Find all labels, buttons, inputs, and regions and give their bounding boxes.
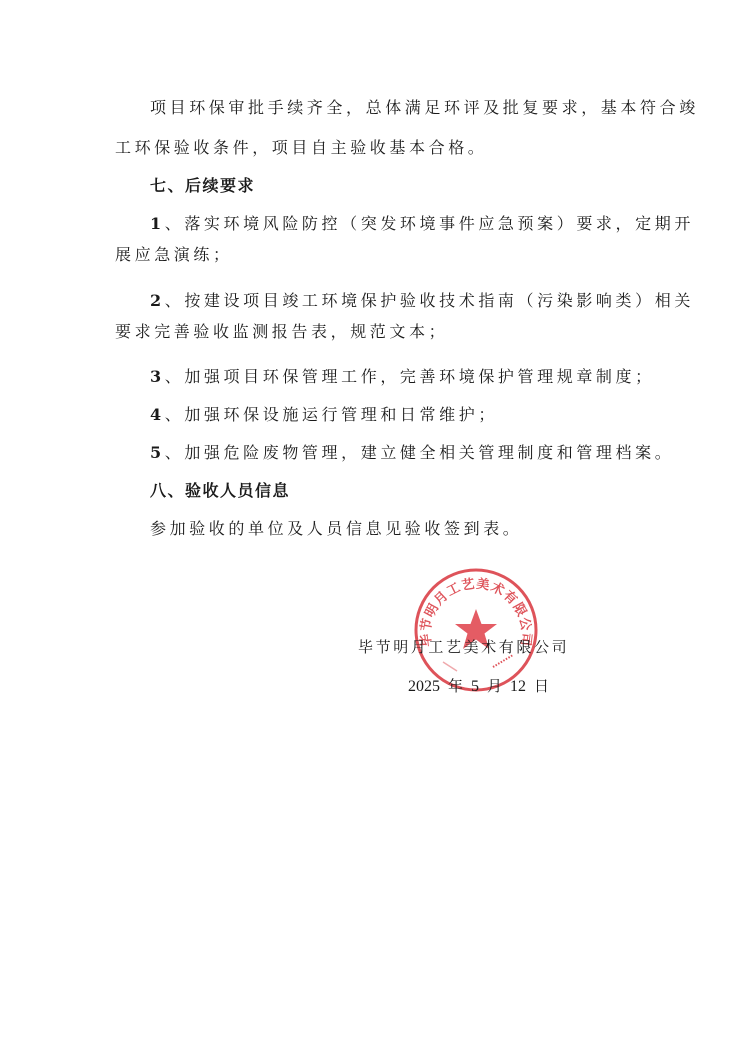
requirement-3: 3、加强项目环保管理工作，完善环境保护管理规章制度； <box>150 367 655 387</box>
signature-date: 2025年5月12日 <box>408 676 549 697</box>
requirement-1-line-1: 1、落实环境风险防控（突发环境事件应急预案）要求，定期开 <box>150 214 694 234</box>
document-page: 项目环保审批手续齐全，总体满足环评及批复要求，基本符合竣 工环保验收条件，项目自… <box>0 0 740 1047</box>
section-8-heading: 八、验收人员信息 <box>150 481 290 501</box>
conclusion-line-2: 工环保验收条件，项目自主验收基本合格。 <box>115 138 487 158</box>
company-seal-stamp-icon: 毕节明月工艺美术有限公司 <box>413 567 539 693</box>
requirement-5: 5、加强危险废物管理，建立健全相关管理制度和管理档案。 <box>150 443 674 463</box>
section-7-heading: 七、后续要求 <box>150 176 255 196</box>
company-signature: 毕节明月工艺美术有限公司 <box>358 637 569 657</box>
conclusion-line-1: 项目环保审批手续齐全，总体满足环评及批复要求，基本符合竣 <box>150 98 699 118</box>
section-8-body: 参加验收的单位及人员信息见验收签到表。 <box>150 519 522 539</box>
requirement-2-line-2: 要求完善验收监测报告表，规范文本； <box>115 322 448 342</box>
requirement-2-line-1: 2、按建设项目竣工环境保护验收技术指南（污染影响类）相关 <box>150 291 694 311</box>
requirement-4: 4、加强环保设施运行管理和日常维护； <box>150 405 498 425</box>
requirement-1-line-2: 展应急演练； <box>115 245 233 265</box>
